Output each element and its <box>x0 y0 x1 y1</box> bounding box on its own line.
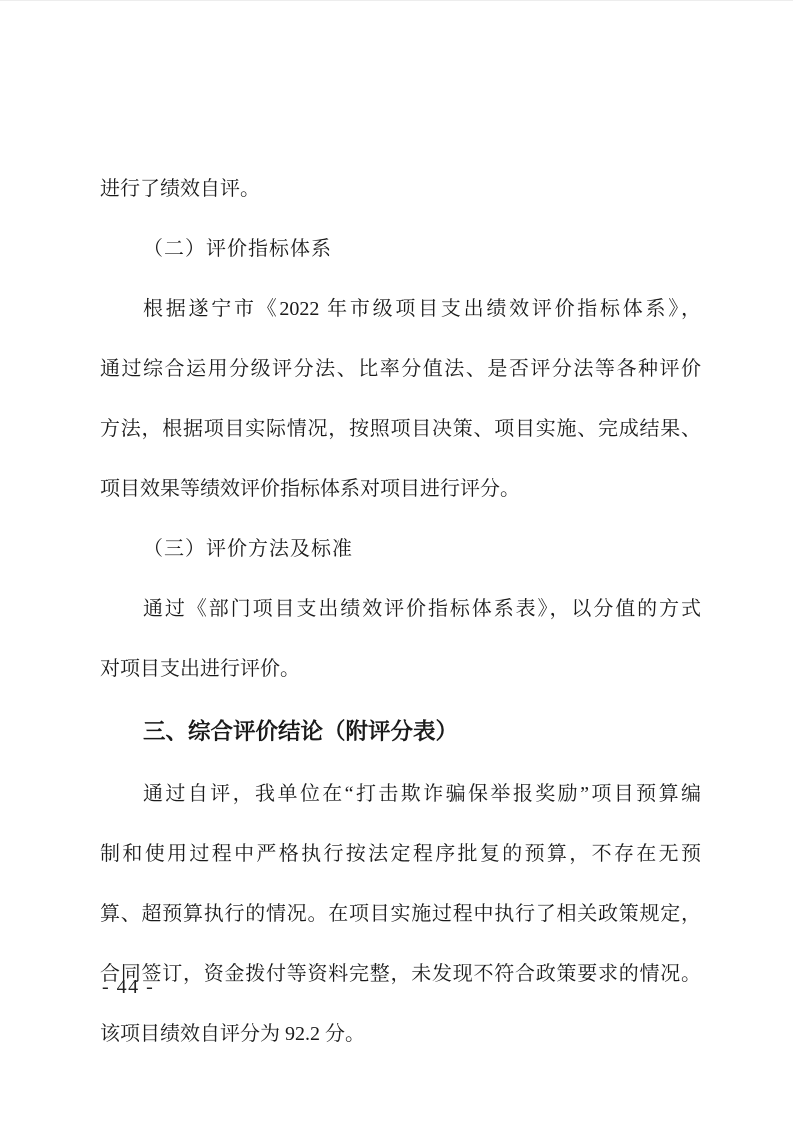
section-heading: 三、综合评价结论（附评分表） <box>100 712 701 752</box>
document-body: 进行了绩效自评。 （二）评价指标体系 根据遂宁市《2022 年市级项目支出绩效评… <box>100 149 701 1074</box>
paragraph-line: 合同签订，资金拨付等资料完整，未发现不符合政策要求的情况。 <box>100 954 701 994</box>
paragraph-line: 算、超预算执行的情况。在项目实施过程中执行了相关政策规定， <box>100 894 701 934</box>
paragraph-line: 根据遂宁市《2022 年市级项目支出绩效评价指标体系》， <box>100 289 701 329</box>
paragraph-line: 该项目绩效自评分为 92.2 分。 <box>100 1014 701 1054</box>
paragraph-line: 项目效果等绩效评价指标体系对项目进行评分。 <box>100 469 701 509</box>
section-subheading: （三）评价方法及标准 <box>100 529 701 569</box>
paragraph-line: 制和使用过程中严格执行按法定程序批复的预算，不存在无预 <box>100 834 701 874</box>
paragraph-line: 方法，根据项目实际情况，按照项目决策、项目实施、完成结果、 <box>100 409 701 449</box>
paragraph-line: 通过自评，我单位在“打击欺诈骗保举报奖励”项目预算编 <box>100 774 701 814</box>
paragraph-line: 通过综合运用分级评分法、比率分值法、是否评分法等各种评价 <box>100 349 701 389</box>
page-number: - 44 - <box>102 972 154 1002</box>
paragraph-line: 对项目支出进行评价。 <box>100 649 701 689</box>
paragraph-line: 进行了绩效自评。 <box>100 169 701 209</box>
paragraph-line: 通过《部门项目支出绩效评价指标体系表》，以分值的方式 <box>100 589 701 629</box>
document-page: 进行了绩效自评。 （二）评价指标体系 根据遂宁市《2022 年市级项目支出绩效评… <box>0 0 793 1122</box>
section-subheading: （二）评价指标体系 <box>100 229 701 269</box>
